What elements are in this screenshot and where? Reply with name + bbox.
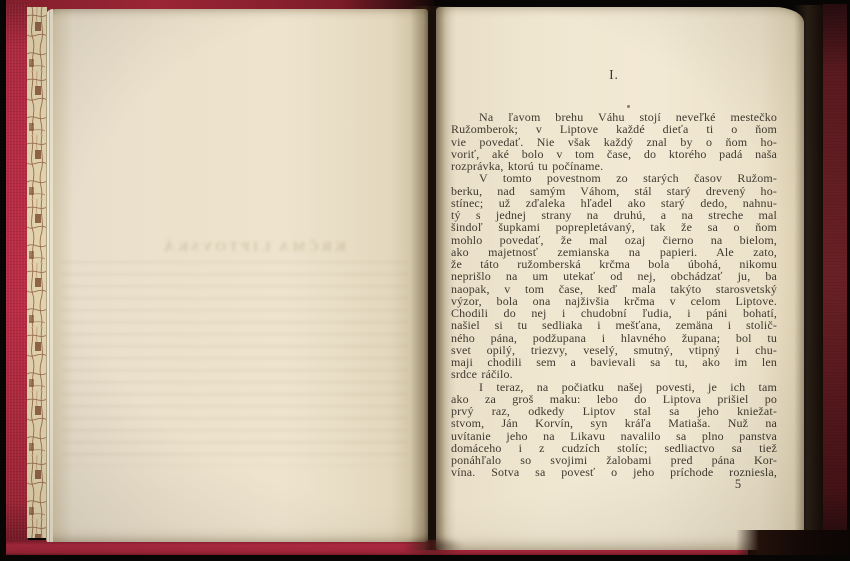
chapter-heading: I. (451, 67, 777, 83)
text-line: stvom, Ján Korvín, syn kráľa Matiaša. Nu… (451, 417, 777, 429)
left-page-blank: KRČMA LIPTOVSKÁ (46, 9, 428, 542)
right-page: I. Na ľavom brehu Váhu stojí neveľké mes… (436, 7, 804, 550)
text-line: naopak, v tom čase, keď mala takýto star… (451, 283, 777, 295)
text-line: Ružomberok; v Liptove každé dieťa ti o ň… (451, 123, 777, 135)
text-line: uvítanie jeho na Likavu navalilo sa plno… (451, 430, 777, 442)
text-line: vie povedať. Nie však každý znal by o ňo… (451, 136, 777, 148)
show-through-text: KRČMA LIPTOVSKÁ (146, 240, 361, 256)
book-cover-right-edge (823, 4, 847, 556)
page-stack-edges (46, 9, 53, 542)
text-column: I. Na ľavom brehu Váhu stojí neveľké mes… (451, 7, 777, 479)
text-line: mohlo povedať, že mal ozaj čierno na bie… (451, 234, 777, 246)
text-line: šindoľ šupkami poprepletávaný, tak že sa… (451, 221, 777, 233)
print-speck (627, 105, 630, 108)
text-line: neprišlo na um utekať od nej, obchádzať … (451, 270, 777, 282)
book-photo: KRČMA LIPTOVSKÁ I. Na ľavom brehu Váhu s… (0, 0, 850, 561)
text-line: ného pána, podžupana i hlavného župana; … (451, 332, 777, 344)
text-line: V tomto povestnom zo starých časov Ružom… (451, 172, 777, 184)
book-cover-left-edge (6, 3, 28, 556)
text-line: I teraz, na počiatku našej povesti, je i… (451, 381, 777, 393)
text-line: našiel si tu sedliaka i mešťana, zemäna … (451, 319, 777, 331)
photo-bottom-border (0, 555, 850, 561)
text-line: srdce ráčilo. (451, 368, 777, 380)
show-through-streaks (62, 261, 407, 466)
page-number: 5 (726, 477, 750, 492)
text-line: berku, nad samým Váhom, stál starý dreve… (451, 185, 777, 197)
book-spine-gutter (410, 6, 456, 550)
endpaper-pattern (27, 7, 47, 538)
page-text: Na ľavom brehu Váhu stojí neveľké mesteč… (451, 111, 777, 479)
